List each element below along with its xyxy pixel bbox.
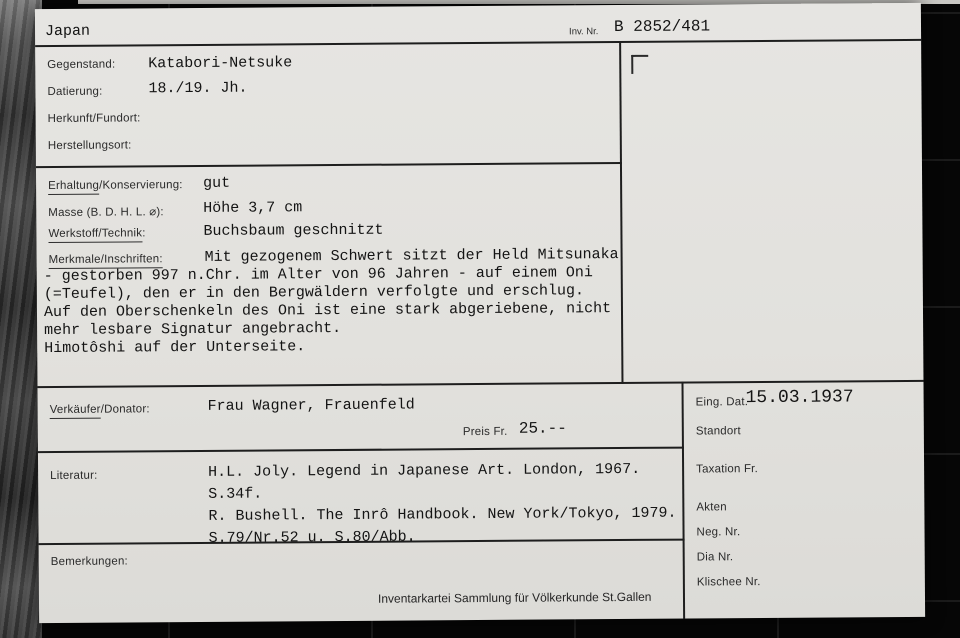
literatur-label: Literatur: (50, 470, 97, 482)
eing-dat-label: Eing. Dat. (696, 396, 749, 408)
bemerkungen-label: Bemerkungen: (51, 555, 128, 568)
dia-nr-label: Dia Nr. (697, 551, 734, 563)
herstellungsort-label: Herstellungsort: (48, 139, 132, 152)
standort-label: Standort (696, 425, 741, 437)
masse-label: Masse (B. D. H. L. ⌀): (48, 204, 164, 219)
region-title: Japan (45, 23, 90, 40)
literatur-line2: S.34f. (208, 486, 262, 503)
photo-area-divider-line (619, 41, 623, 384)
verkaufer-label-rest: /Donator: (101, 403, 150, 415)
merkmale-text-line1: Mit gezogenem Schwert sitzt der Held Mit… (205, 246, 619, 266)
verkaufer-value: Frau Wagner, Frauenfeld (208, 396, 415, 414)
verkaufer-label: Verkäufer/Donator: (50, 403, 150, 416)
photo-corner-mark-icon (631, 55, 648, 74)
werkstoff-label-rest: : (142, 227, 145, 239)
right-column-divider-line (681, 382, 685, 619)
taxation-label: Taxation Fr. (696, 463, 758, 475)
eing-dat-value: 15.03.1937 (746, 387, 854, 408)
masse-value: Höhe 3,7 cm (203, 199, 302, 217)
neg-nr-label: Neg. Nr. (696, 526, 740, 538)
preis-label: Preis Fr. (463, 426, 508, 438)
datierung-label: Datierung: (47, 86, 102, 98)
herkunft-label: Herkunft/Fundort: (48, 112, 141, 125)
literatur-line4: S.79/Nr.52 u. S.80/Abb. (209, 528, 416, 546)
preis-value: 25.-- (519, 419, 567, 437)
merkmale-text-line5: mehr lesbare Signatur angebracht. (44, 320, 341, 339)
datierung-value: 18./19. Jh. (148, 80, 247, 98)
werkstoff-value: Buchsbaum geschnitzt (203, 222, 383, 240)
scan-background: { "colors": { "card_bg": "#e3e2df", "lin… (0, 0, 960, 638)
merkmale-text-line4: Auf den Oberschenkeln des Oni ist eine s… (44, 300, 611, 321)
verkaufer-divider-line (38, 447, 684, 454)
erhaltung-label-rest: /Konservierung: (99, 179, 183, 192)
header-divider-line (35, 39, 921, 47)
erhaltung-label-underlined: Erhaltung (48, 180, 99, 195)
literatur-line3: R. Bushell. The Inrô Handbook. New York/… (208, 505, 676, 525)
merkmale-text-line6: Himotôshi auf der Unterseite. (44, 338, 305, 357)
akten-label: Akten (696, 501, 727, 513)
klischee-nr-label: Klischee Nr. (697, 576, 761, 588)
erhaltung-label: Erhaltung/Konservierung: (48, 179, 183, 192)
inv-nr-label: Inv. Nr. (569, 26, 598, 37)
inv-nr-value: B 2852/481 (614, 17, 710, 36)
card-footer-imprint: Inventarkartei Sammlung für Völkerkunde … (378, 590, 652, 606)
werkstoff-label-underlined: Werkstoff/Technik (48, 227, 142, 243)
literatur-line1: H.L. Joly. Legend in Japanese Art. Londo… (208, 461, 640, 481)
verkaufer-label-underlined: Verkäufer (50, 404, 101, 419)
erhaltung-value: gut (203, 175, 230, 192)
inventory-card: Japan Inv. Nr. B 2852/481 Gegenstand: Ka… (35, 3, 925, 623)
identification-divider-line (36, 162, 622, 168)
gegenstand-value: Katabori-Netsuke (148, 54, 292, 72)
gegenstand-label: Gegenstand: (47, 59, 115, 71)
werkstoff-label: Werkstoff/Technik: (48, 227, 145, 240)
